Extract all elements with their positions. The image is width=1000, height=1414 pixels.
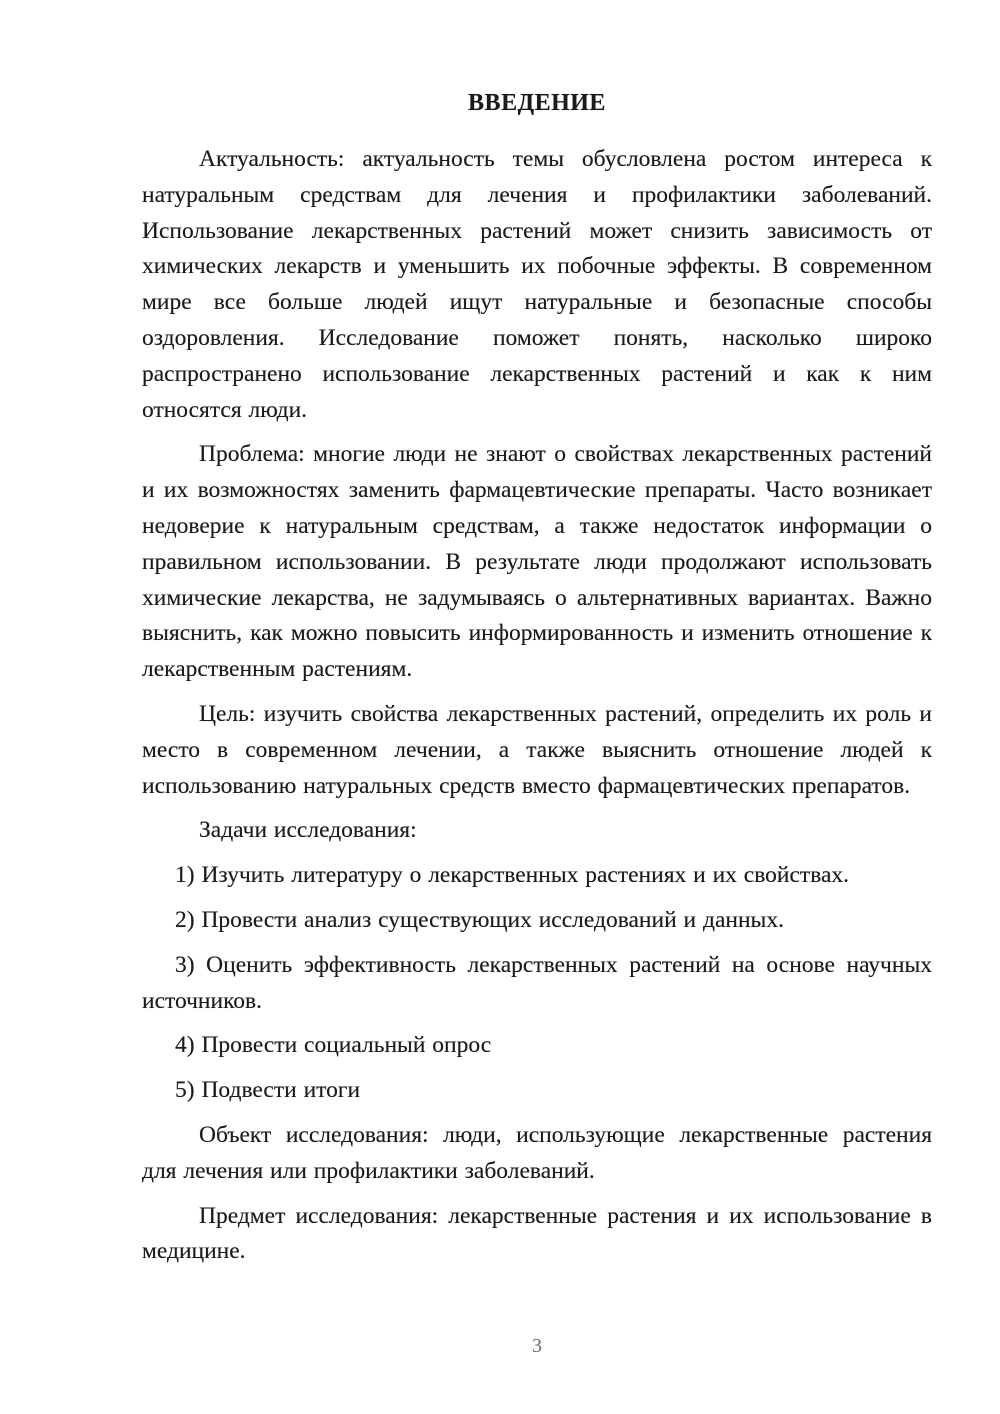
paragraph-relevance: Актуальность: актуальность темы обусловл… xyxy=(142,142,932,428)
page-number: 3 xyxy=(142,1334,932,1358)
task-item-4: 4) Провести социальный опрос xyxy=(142,1028,932,1064)
paragraph-problem: Проблема: многие люди не знают о свойств… xyxy=(142,437,932,688)
task-item-3: 3) Оценить эффективность лекарственных р… xyxy=(142,948,932,1020)
paragraph-goal: Цель: изучить свойства лекарственных рас… xyxy=(142,697,932,804)
document-page: ВВЕДЕНИЕ Актуальность: актуальность темы… xyxy=(0,0,1000,1414)
paragraph-subject: Предмет исследования: лекарственные раст… xyxy=(142,1199,932,1271)
task-item-2: 2) Провести анализ существующих исследов… xyxy=(142,903,932,939)
tasks-heading: Задачи исследования: xyxy=(142,813,932,849)
task-item-1: 1) Изучить литературу о лекарственных ра… xyxy=(142,858,932,894)
paragraph-object: Объект исследования: люди, использующие … xyxy=(142,1118,932,1190)
page-title: ВВЕДЕНИЕ xyxy=(142,88,932,118)
task-item-5: 5) Подвести итоги xyxy=(142,1073,932,1109)
